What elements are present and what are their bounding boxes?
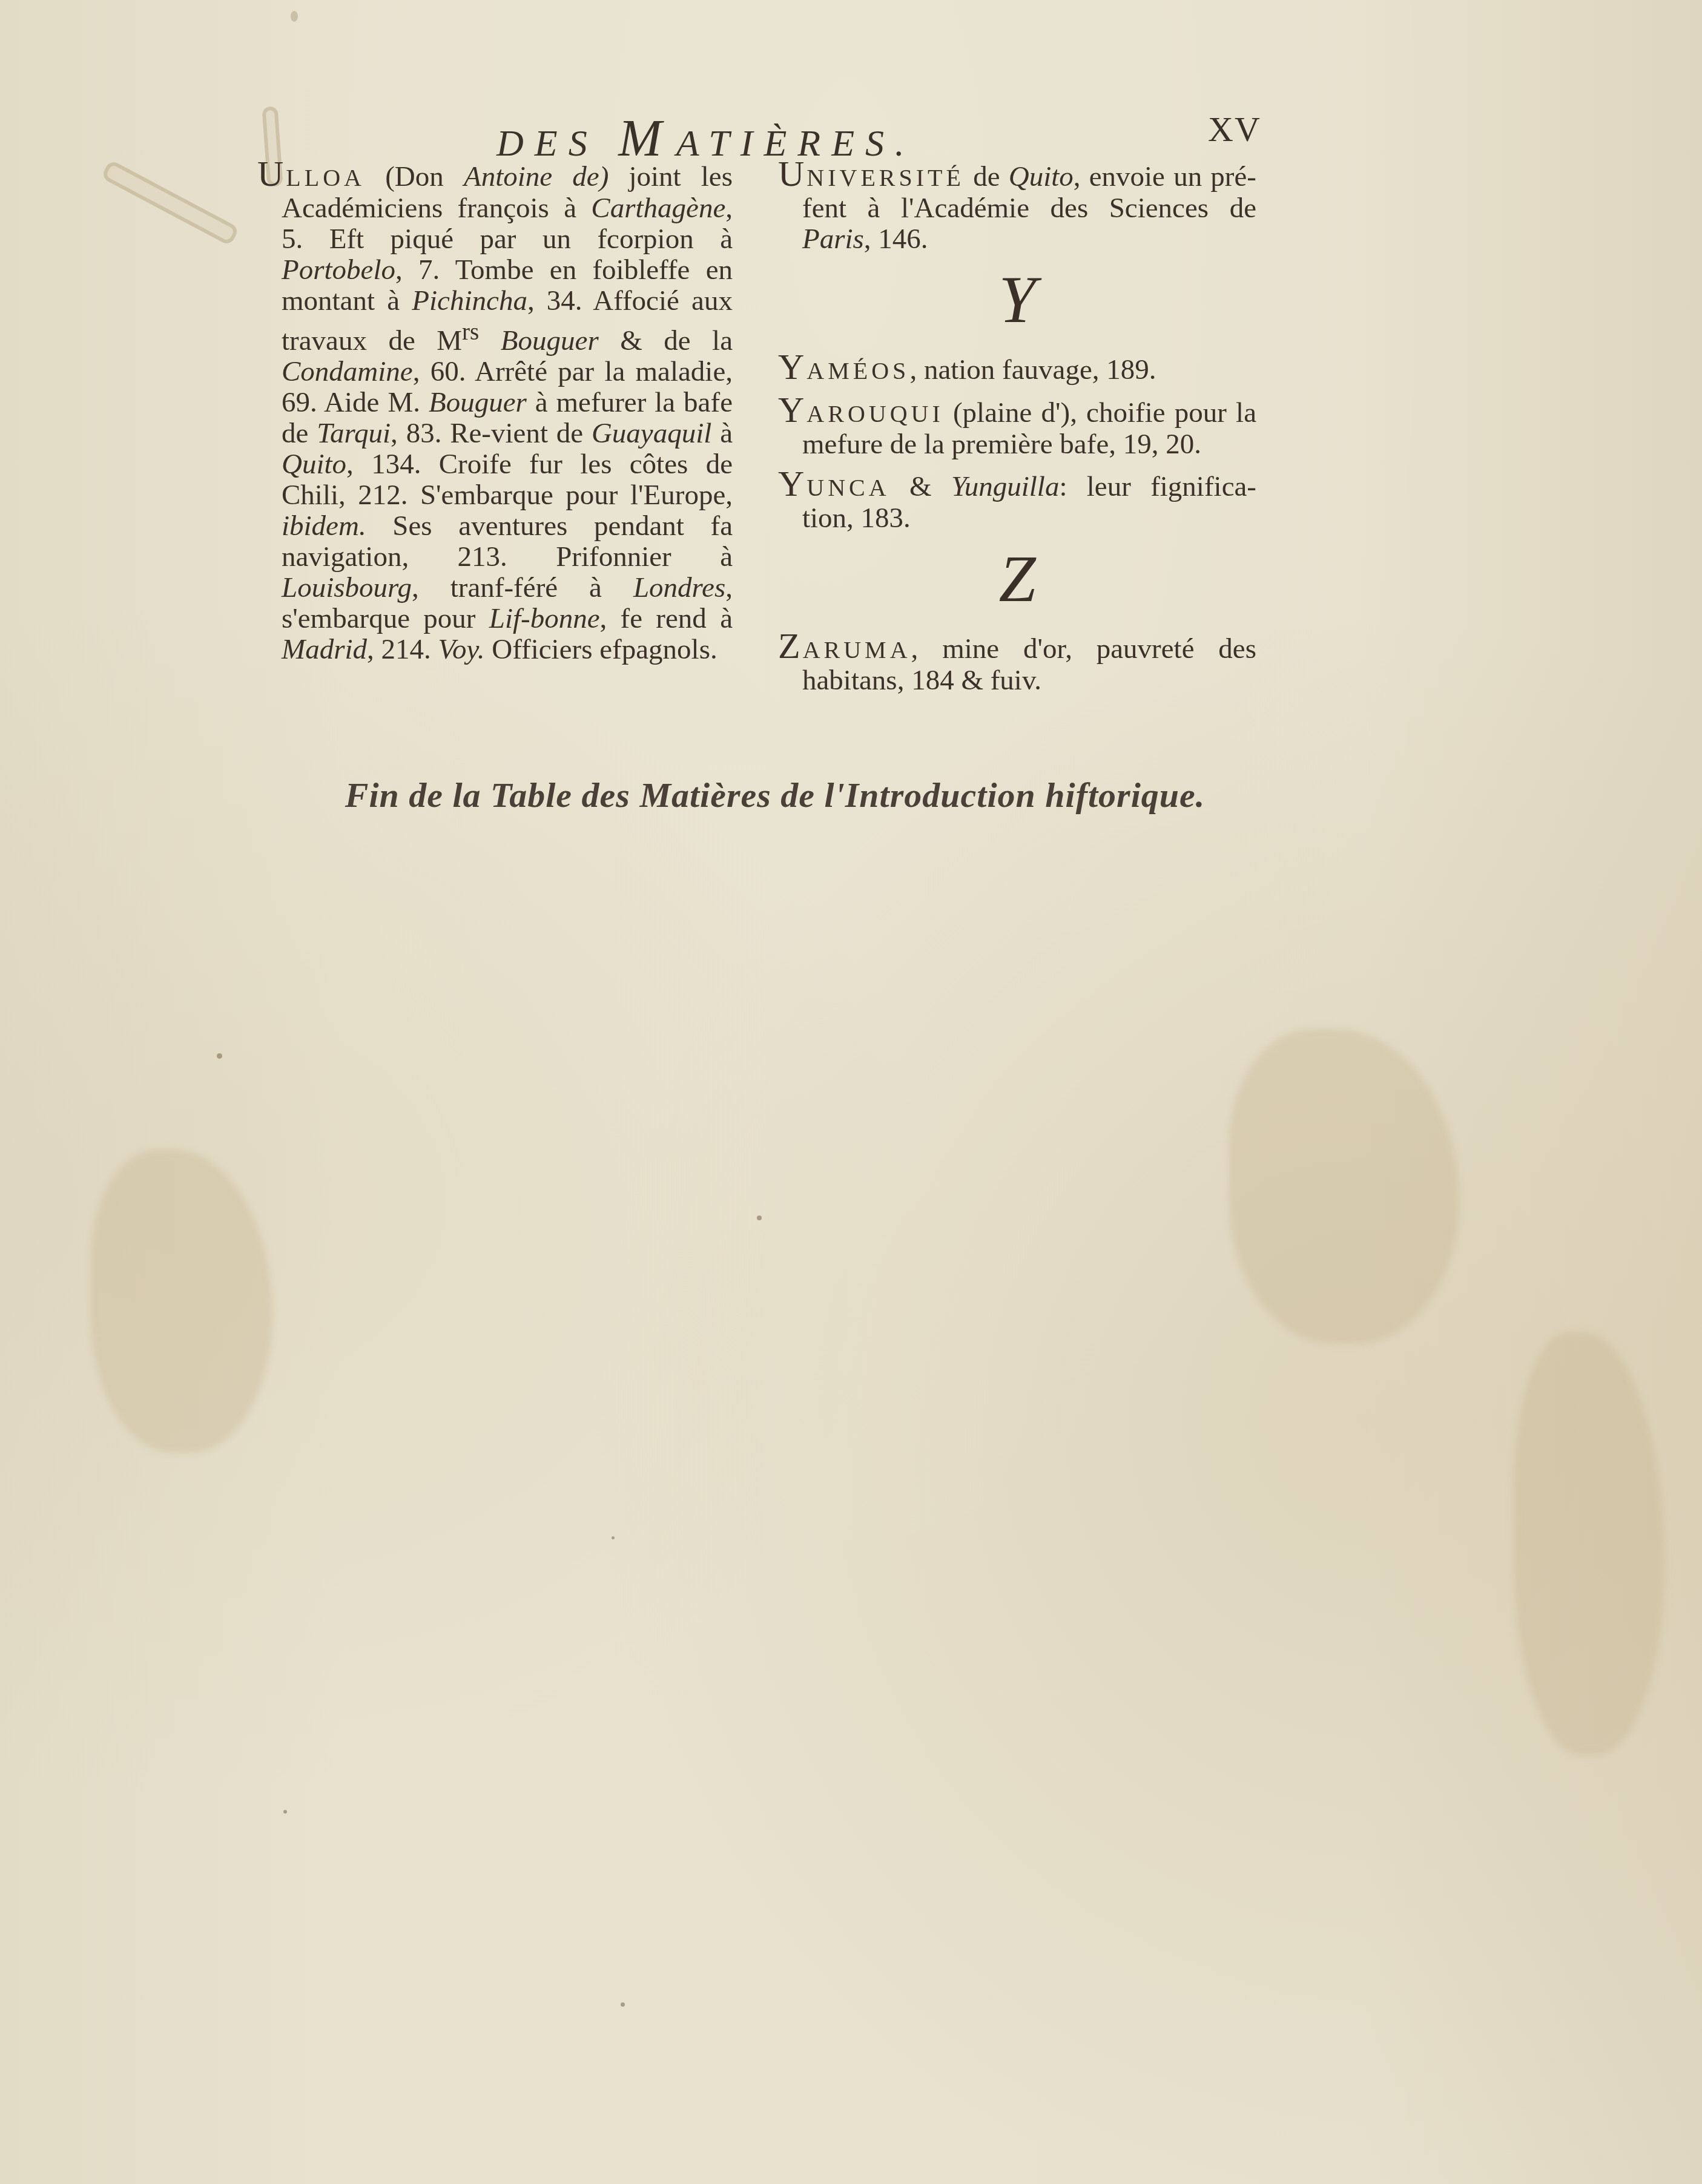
italic-text: Lif-bonne: [489, 603, 600, 634]
index-entry-universite: UNIVERSITÉ de Quito, envoie un pré-fent …: [778, 159, 1256, 255]
paper-speck: [283, 1810, 287, 1814]
roman-text: , fe rend à: [600, 603, 733, 634]
index-entry-zaruma: ZARUMA, mine d'or, pauvreté des habitans…: [778, 631, 1256, 696]
paper-speck: [757, 1215, 762, 1220]
italic-text: Louisbourg: [282, 572, 412, 604]
italic-text: Tarqui: [317, 418, 391, 449]
italic-text: Paris: [802, 223, 864, 255]
italic-text: Guayaquil: [592, 418, 711, 449]
roman-text: Officiers efpagnols.: [485, 634, 717, 665]
paper-speck: [217, 1053, 222, 1059]
paper-speck: [291, 11, 298, 22]
index-column-left: ULLOA (Don Antoine de) joint les Académi…: [257, 159, 733, 674]
italic-text: Yunguilla: [951, 471, 1060, 502]
section-letter-y: Y: [778, 263, 1256, 336]
entry-headword: UNIVERSITÉ: [778, 164, 965, 191]
index-entry-yarouqui: YAROUQUI (plaine d'), choifie pour la me…: [778, 395, 1256, 460]
roman-text: , tranf-féré à: [412, 572, 633, 604]
italic-text: Madrid: [282, 634, 367, 665]
running-head-prefix: DES: [496, 123, 618, 164]
roman-text: , 134. Croife fur les côtes de Chili, 21…: [282, 449, 733, 511]
roman-text: rs: [462, 319, 479, 345]
index-entry-yameos: YAMÉOS, nation fauvage, 189.: [778, 352, 1256, 386]
entry-headword: ULLOA: [257, 164, 365, 191]
italic-text: Carthagène: [591, 192, 725, 224]
roman-text: , nation fauvage, 189.: [909, 354, 1156, 386]
roman-text: de: [965, 161, 1009, 192]
italic-text: Bouguer: [501, 325, 599, 357]
index-entry-ulloa: ULLOA (Don Antoine de) joint les Académi…: [257, 159, 733, 665]
roman-text: (Don: [365, 161, 464, 192]
index-entry-yunca: YUNCA & Yunguilla: leur fignifica-tion, …: [778, 469, 1256, 534]
entry-headword: YAMÉOS: [778, 357, 909, 384]
paper-speck: [621, 2002, 625, 2007]
entry-text: (Don Antoine de) joint les Académiciens …: [282, 161, 733, 665]
italic-text: Bouguer: [429, 387, 527, 418]
section-letter-z: Z: [778, 542, 1256, 615]
roman-text: à: [711, 418, 733, 449]
roman-text: &: [890, 471, 951, 502]
italic-text: Portobelo: [282, 254, 395, 286]
entry-headword: YAROUQUI: [778, 400, 944, 427]
roman-text: , 83. Re-vient de: [391, 418, 592, 449]
italic-text: Voy.: [438, 634, 485, 665]
italic-text: Quito: [282, 449, 346, 480]
italic-text: Antoine de): [464, 161, 609, 192]
roman-text: & de la: [599, 325, 733, 357]
entry-headword: YUNCA: [778, 474, 890, 501]
roman-text: , 146.: [864, 223, 928, 255]
paper-speck: [612, 1536, 615, 1539]
italic-text: Londres: [633, 572, 725, 604]
page-number: XV: [1208, 109, 1261, 150]
italic-text: ibidem.: [282, 510, 366, 542]
entry-text: , nation fauvage, 189.: [909, 354, 1156, 386]
italic-text: Condamine: [282, 356, 413, 387]
closing-line: Fin de la Table des Matières de l'Introd…: [336, 775, 1214, 815]
italic-text: Pichincha: [412, 285, 527, 317]
roman-text: , 214.: [367, 634, 438, 665]
index-column-right: UNIVERSITÉ de Quito, envoie un pré-fent …: [778, 159, 1256, 705]
roman-text: [479, 325, 500, 357]
italic-text: Quito: [1009, 161, 1074, 192]
entry-headword: ZARUMA: [778, 636, 911, 663]
